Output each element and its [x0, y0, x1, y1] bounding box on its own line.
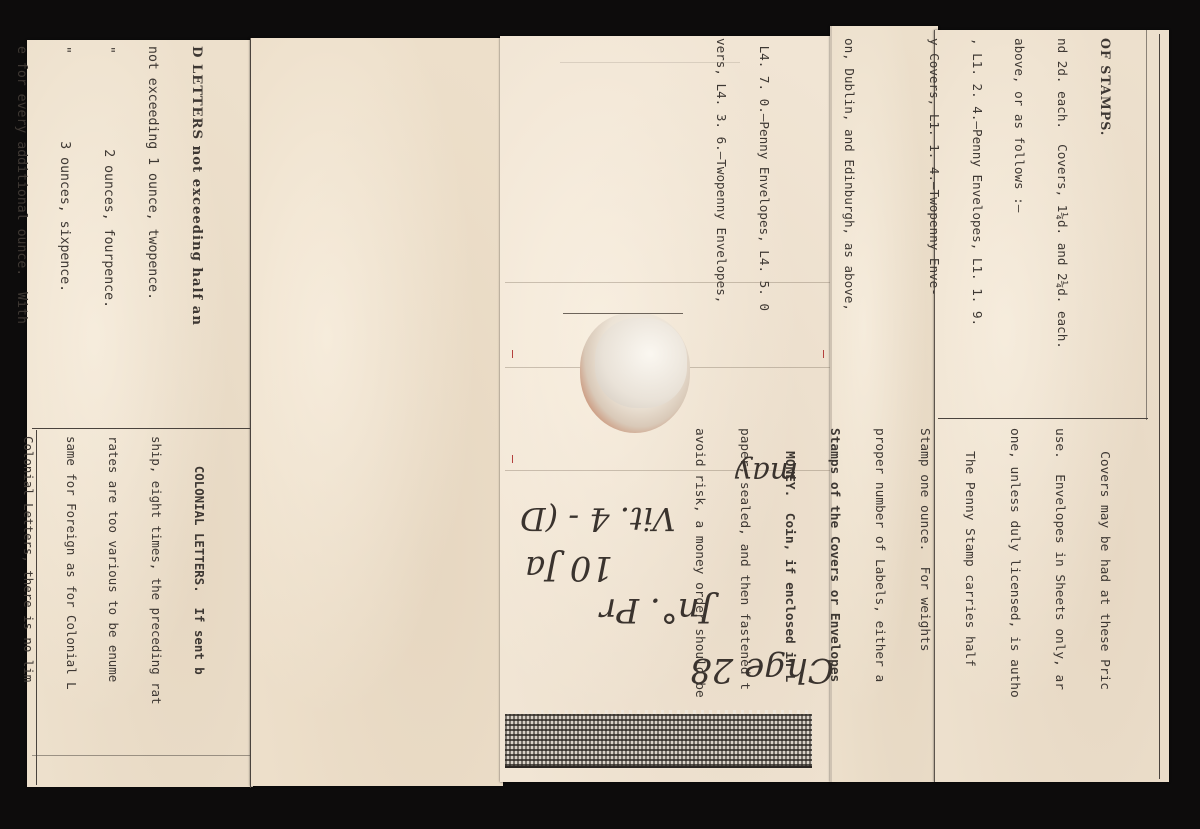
handwriting-line: Chge 28 [690, 650, 834, 690]
section-rule-right [938, 418, 1148, 419]
text-line: same for Foreign as for Colonial L [64, 436, 78, 705]
colonial-letters-text: COLONIAL LETTERS. If sent b ship, eight … [0, 436, 234, 705]
red-ink-mark [823, 350, 824, 358]
text-line: not exceeding 1 ounce, twopence. [144, 46, 159, 340]
text-line: nd 2d. each. Covers, 1¼d. and 2¼d. each. [1055, 38, 1069, 349]
fold-line [560, 62, 740, 63]
red-ink-mark [512, 455, 513, 463]
text-line: ship, eight times, the preceding rat [149, 436, 163, 705]
section-rule [32, 428, 250, 429]
postal-rates-letters-text: D LETTERS not exceeding half an not exce… [0, 46, 232, 340]
handwriting-line: 10 Ja [525, 548, 613, 588]
text-line: above, or as follows :— [1012, 38, 1026, 349]
handwriting-line: Jn°. Pr [600, 590, 713, 630]
inner-rule-right [1146, 30, 1147, 420]
text-line: vers, L4. 3. 6.—Twopenny Envelopes, [714, 38, 728, 349]
text-line: COLONIAL LETTERS. If sent b [191, 436, 205, 705]
price-of-stamps-text: OF STAMPS. nd 2d. each. Covers, 1¼d. and… [700, 38, 1140, 349]
text-line [884, 38, 898, 349]
text-line: proper number of Labels, either a [872, 428, 887, 698]
handwriting-line: Vit. 4 - (D [520, 500, 676, 538]
bottom-rule [32, 755, 250, 756]
left-blank-flap [250, 38, 503, 786]
text-line: use. Envelopes in Sheets only, ar [1052, 428, 1067, 698]
text-line: on, Dublin, and Edinburgh, as above, [842, 38, 856, 349]
text-line: rates are too various to be enume [106, 436, 120, 705]
text-line: , L1. 2. 4.—Penny Envelopes, L1. 1. 9. [970, 38, 984, 349]
text-line: L4. 7. 0.—Penny Envelopes, L4. 5. 0 [757, 38, 771, 349]
text-line: Colonial Letters, there is no lim [21, 436, 35, 705]
text-line: D LETTERS not exceeding half an [188, 46, 203, 340]
fold-line [505, 282, 830, 283]
wax-seal-impression [595, 318, 687, 408]
text-line: Stamp one ounce. For weights [917, 428, 932, 698]
text-line: OF STAMPS. [1097, 38, 1111, 349]
seal-flap-edge [563, 313, 683, 314]
column-rule-right [1159, 34, 1160, 779]
text-line: " 2 ounces, fourpence. [101, 46, 116, 340]
handwriting-line: may [735, 455, 798, 490]
column-rule [250, 40, 251, 788]
text-line [799, 38, 813, 349]
text-line: Covers may be had at these Pric [1097, 428, 1112, 698]
text-line: The Penny Stamp carries half [962, 428, 977, 698]
engraved-border [505, 714, 812, 768]
text-line: " 3 ounces, sixpence. [57, 46, 72, 340]
red-ink-mark [512, 350, 513, 358]
text-line: y Covers, L1. 1. 4.—Twopenny Enve- [927, 38, 941, 349]
text-line: e for every additional ounce. With [13, 46, 28, 340]
text-line: one, unless duly licensed, is autho [1007, 428, 1022, 698]
